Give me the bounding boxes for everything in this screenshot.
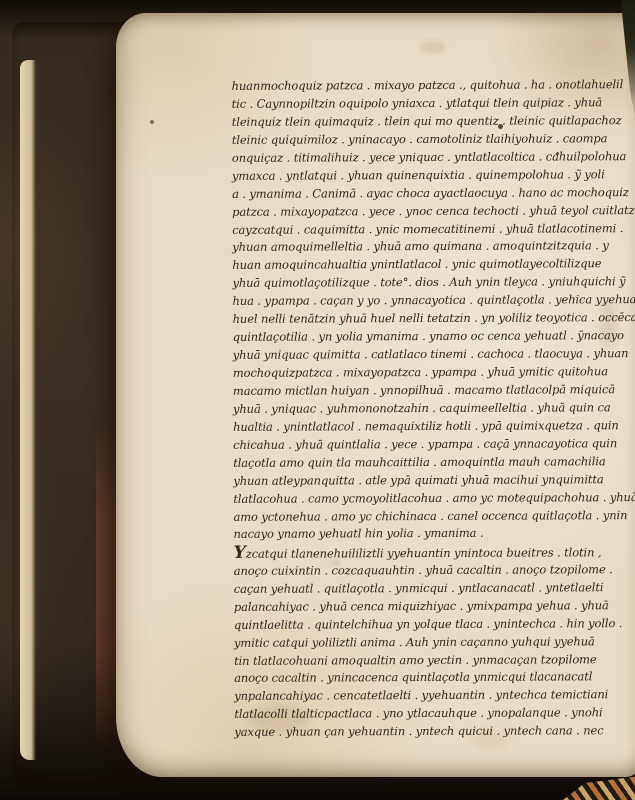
foxing-spot [420,40,446,54]
manuscript-line: huel nelli tenātzin yhuā huel nelli teta… [233,309,627,329]
manuscript-line: macamo mictlan huiyan . ynnopilhuā . mac… [233,381,627,401]
manuscript-line: tlaçotla amo quin tla mauhcaittilia . am… [233,453,627,473]
manuscript-line: hua . ypampa . caçan y yo . ynnacayotica… [232,291,626,311]
manuscript-line: chicahua . yhuā quintlalia . yece . ypam… [233,435,627,455]
manuscript-line: palancahiyac . yhuā cenca miquizhiyac . … [234,597,628,617]
manuscript-line: mochoquizpatzca . mixayopatzca . ypampa … [233,363,627,383]
manuscript-line: ymaxca . yntlatqui . yhuan quinenquixtia… [232,166,626,186]
manuscript-line: yaxque . yhuan çan yehuantin . yntech qu… [234,722,628,742]
manuscript-line: tlatlacolli tlalticpactlaca . yno ytlaca… [234,704,628,724]
manuscript-line: amo yctonehua . amo yc chichinaca . cane… [233,507,627,527]
manuscript-line: quintlaelitta . quintelchihua yn yolque … [234,615,628,635]
manuscript-line: yhuan amoquimelleltia . yhuā amo quimana… [232,238,626,258]
manuscript-line: yhuā yniquac quimitta . catlatlaco tinem… [233,345,627,365]
manuscript-line: tlatlacohua . camo ycmoyolitlacohua . am… [233,489,627,509]
manuscript-line: patzca . mixayopatzca . yece . ynoc cenc… [232,202,626,222]
manuscript-line: anoço cuixintin . cozcaquauhtin . yhuā c… [234,561,628,581]
manuscript-line: quintlaçotilia . yn yolia ymanima . ynam… [233,327,627,347]
manuscript-line: yhuā quimotlaçotilizque . tote°. dios . … [232,273,626,293]
manuscript-line: yhuan atleypanquitta . atle ypā quimati … [233,471,627,491]
manuscript-line: nacayo ynamo yehuatl hin yolia . ymanima… [234,525,628,545]
manuscript-line: hualtia . ynintlatlacol . nemaquixtiliz … [233,417,627,437]
manuscript-line: huanmochoquiz patzca . mixayo patzca ., … [232,76,626,96]
manuscript-line: tic . Caynnopiltzin oquipolo yniaxca . y… [232,94,626,114]
manuscript-line: Yzcatqui tlanenehuililiztli yyehuantin y… [234,543,628,563]
text-block: huanmochoquiz patzca . mixayo patzca ., … [232,76,629,742]
manuscript-line: tleinic quiquimiloz . yninacayo . camoto… [232,130,626,150]
manuscript-line: a . ymanima . Canimā . ayac choca ayactl… [232,184,626,204]
book-photo: huanmochoquiz patzca . mixayo patzca ., … [0,0,635,800]
manuscript-line: tleinquiz tlein quimaquiz . tlein qui mo… [232,112,626,132]
manuscript-line: anoço cacaltin . ynincacenca quintlaçotl… [234,669,628,689]
manuscript-line: huan amoquincahualtia ynintlatlacol . yn… [232,256,626,276]
foxing-spot [150,120,154,124]
manuscript-line: onquiçaz . titimalihuiz . yece yniquac .… [232,148,626,168]
manuscript-line: ymitic catqui yoliliztli anima . Auh yni… [234,633,628,653]
manuscript-line: ynpalancahiyac . cencatetlaelti . yyehua… [234,687,628,707]
manuscript-line: yhuā . yniquac . yuhmononotzahin . caqui… [233,399,627,419]
first-leaf-edge [20,60,36,760]
manuscript-line: tin tlatlacohuani amoqualtin amo yectin … [234,651,628,671]
manuscript-line: cayzcatqui . caquimitta . ynic momecatit… [232,220,626,240]
manuscript-line: caçan yehuatl . quitlaçotla . ynmicqui .… [234,579,628,599]
